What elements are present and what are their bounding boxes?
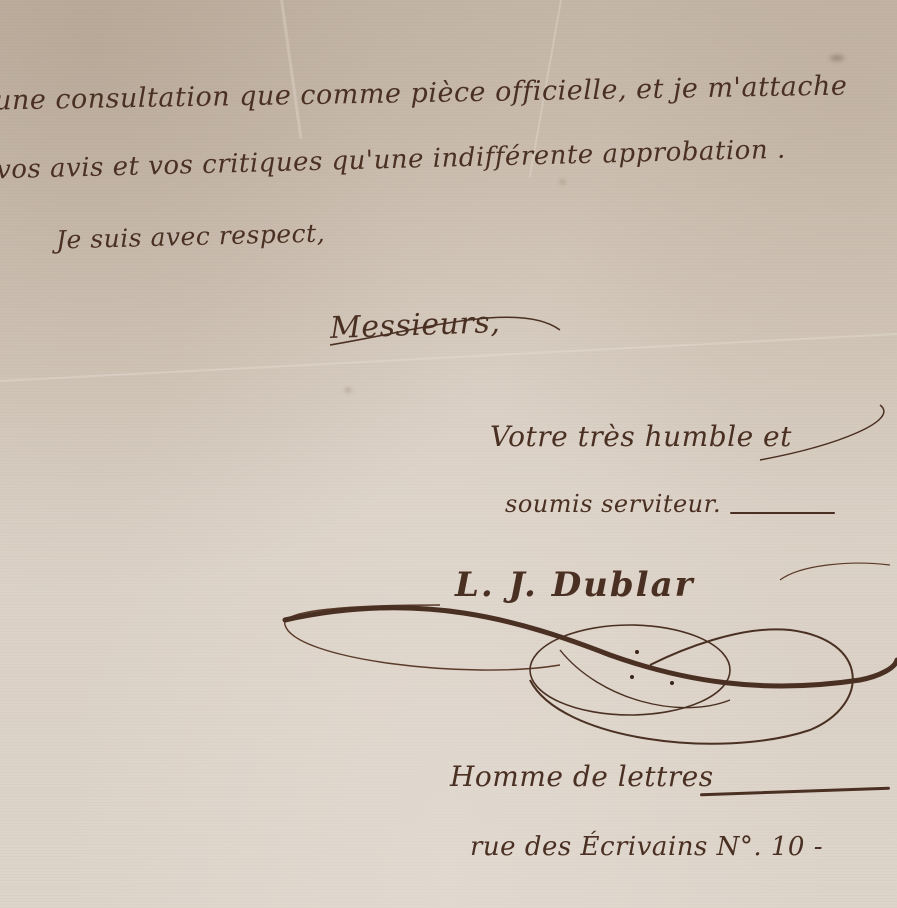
salutation: Messieurs, [329, 305, 500, 346]
sender-title: Homme de lettres [450, 760, 714, 793]
signature: L. J. Dublar [455, 565, 695, 605]
ink-smudge [830, 55, 844, 61]
sender-address: rue des Écrivains N°. 10 - [470, 832, 823, 862]
closing-line-2: soumis serviteur. [505, 490, 721, 518]
closing-line-1: Votre très humble et [490, 420, 792, 453]
ink-smudge [560, 180, 565, 184]
flourish-dash [730, 512, 835, 514]
ink-smudge [345, 388, 351, 392]
